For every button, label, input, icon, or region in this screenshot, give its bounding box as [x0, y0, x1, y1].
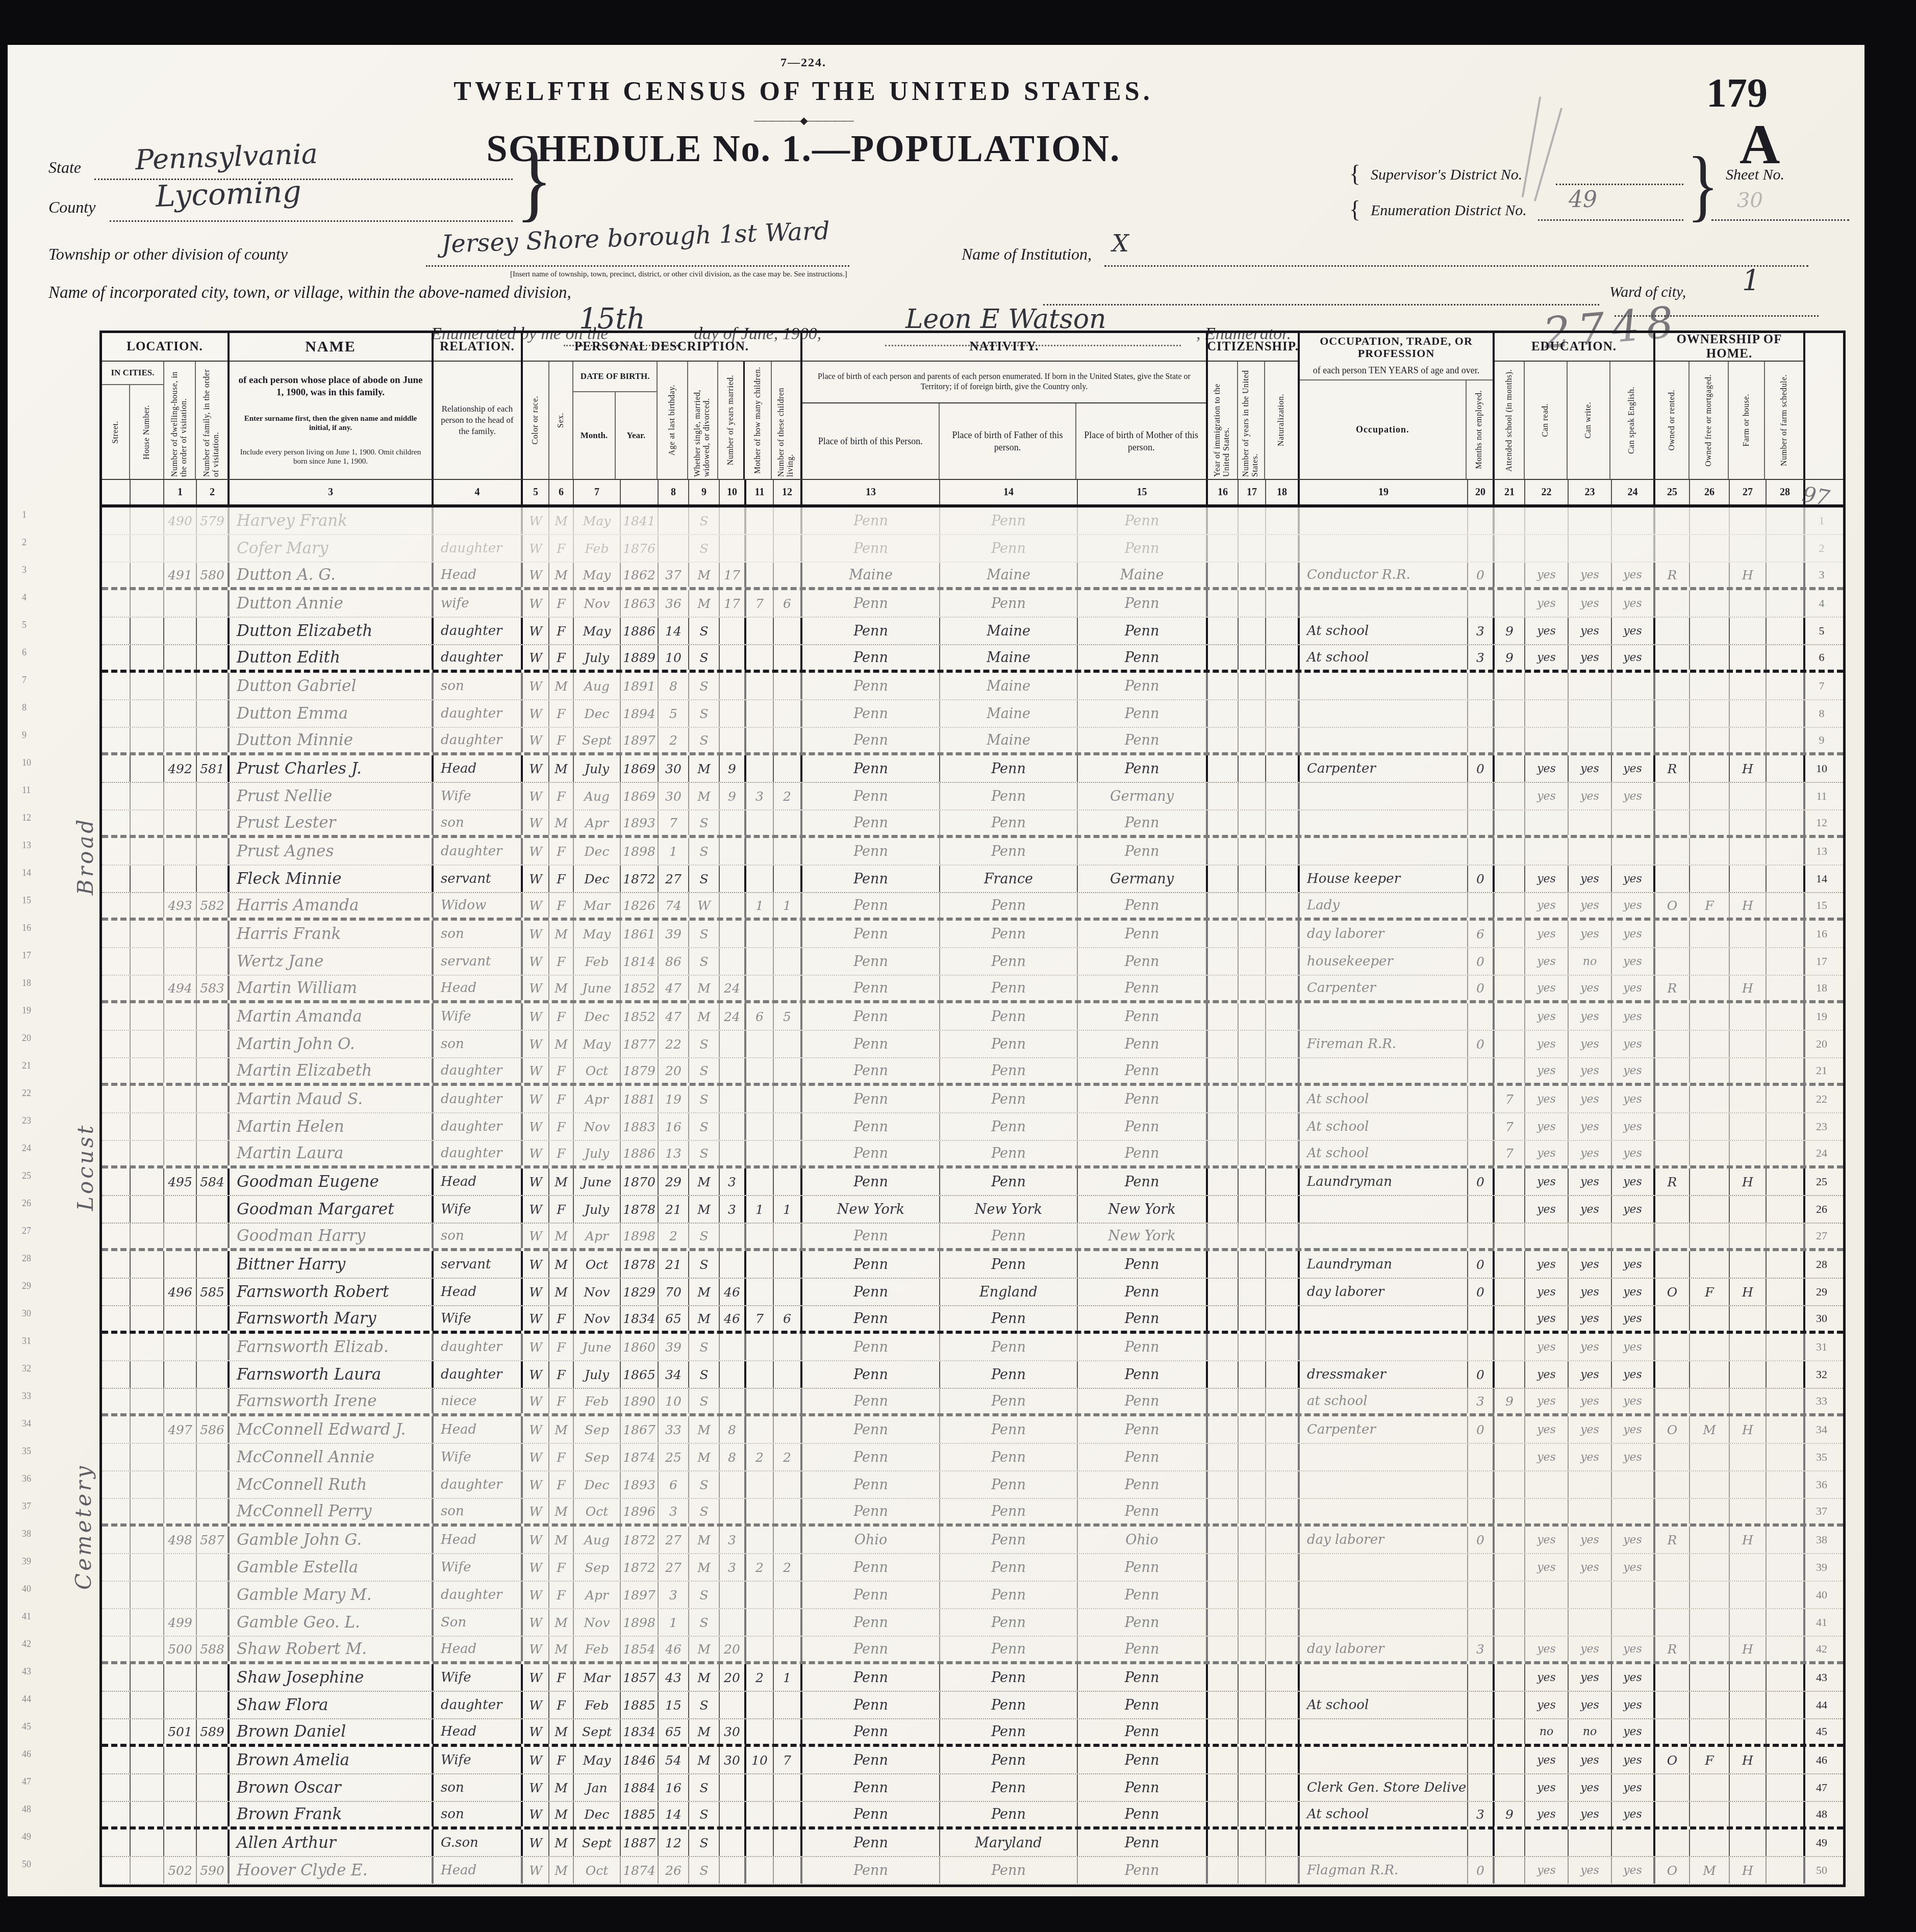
cell-bm: Oct [574, 1857, 621, 1884]
col-header-house-number: House Number. [130, 385, 163, 479]
cell-name: Prust Agnes [230, 838, 434, 865]
cell-street [102, 1774, 131, 1801]
cell-own: R [1655, 755, 1690, 782]
cell-name: Cofer Mary [230, 535, 434, 562]
cell-fam: 586 [197, 1416, 230, 1443]
table-row: Prust LestersonWMApr18937SPennPennPenn12 [102, 810, 1843, 838]
left-line-number: 36 [17, 1465, 73, 1492]
cell-ym [720, 507, 746, 534]
cell-house [131, 1554, 164, 1581]
cell-house [131, 1637, 164, 1661]
cell-ym [720, 1692, 746, 1718]
cell-occ: Lady [1300, 893, 1468, 918]
cell-mort [1690, 1582, 1730, 1608]
cell-wr [1569, 1582, 1612, 1608]
column-number-bm: 7 [574, 480, 621, 504]
cell-yu [1239, 1361, 1266, 1388]
cell-sm: 7 [1495, 1113, 1525, 1140]
cell-bm: May [574, 921, 621, 947]
cell-sm [1495, 1168, 1525, 1195]
cell-house [131, 1692, 164, 1718]
date-of-birth-label: DATE OF BIRTH. [573, 362, 657, 392]
cell-nz [1266, 1527, 1300, 1553]
cell-s: M [549, 1527, 574, 1553]
cell-yu [1239, 1692, 1266, 1718]
cell-sm [1495, 590, 1525, 617]
cell-age: 15 [659, 1692, 689, 1718]
cell-ym [720, 948, 746, 975]
cell-mc: 2 [746, 1444, 774, 1470]
cell-rn: 46 [1805, 1747, 1838, 1773]
cell-nz [1266, 1224, 1300, 1248]
cell-fam: 587 [197, 1527, 230, 1553]
cell-s: F [549, 1747, 574, 1773]
months-not-employed-col-label: Months not employed. [1475, 390, 1484, 469]
cell-iy [1208, 783, 1239, 809]
cell-c: W [523, 1416, 549, 1443]
cell-sp: yes [1612, 590, 1655, 617]
cell-c: W [523, 1444, 549, 1470]
cell-iy [1208, 590, 1239, 617]
cell-occ [1300, 1058, 1468, 1083]
cell-mn [1468, 1141, 1495, 1165]
cell-name: Dutton Emma [230, 700, 434, 727]
cell-c: W [523, 1361, 549, 1388]
cell-mn: 3 [1468, 1389, 1495, 1413]
cell-rd: yes [1525, 1692, 1569, 1718]
cell-fh: H [1730, 563, 1767, 587]
cell-m: M [689, 1003, 720, 1030]
cell-sp: yes [1612, 1554, 1655, 1581]
cell-mort: F [1690, 1279, 1730, 1305]
cell-ym: 3 [720, 1527, 746, 1553]
cell-wr: yes [1569, 1857, 1612, 1884]
cell-rn: 30 [1805, 1306, 1838, 1331]
col-header-birth-year: Year. [616, 392, 657, 479]
cell-mn [1468, 1471, 1495, 1498]
cell-mc: 3 [746, 783, 774, 809]
cell-c: W [523, 838, 549, 865]
cell-c: W [523, 618, 549, 644]
cell-ym: 17 [720, 563, 746, 587]
left-line-number: 50 [17, 1850, 73, 1878]
cell-wr [1569, 1471, 1612, 1498]
cell-c: W [523, 1664, 549, 1691]
cell-cl [774, 1499, 802, 1523]
cell-p1: Penn [802, 783, 940, 809]
cell-mc [746, 1527, 774, 1553]
cell-fs [1767, 1334, 1805, 1360]
cell-mort: M [1690, 1857, 1730, 1884]
cell-own: R [1655, 976, 1690, 1000]
cell-age [659, 535, 689, 562]
cell-mn [1468, 535, 1495, 562]
cell-rel: Head [434, 1857, 523, 1884]
cell-fs [1767, 1003, 1805, 1030]
cell-ym: 3 [720, 1168, 746, 1195]
cell-fam [197, 1389, 230, 1413]
cell-bm: Sept [574, 1719, 621, 1744]
table-body: 490579Harvey FrankWMMay1841SPennPennPenn… [102, 507, 1843, 1885]
cell-age: 26 [659, 1857, 689, 1884]
date-of-birth-subgroup: DATE OF BIRTH. Month. Year. [573, 362, 658, 479]
cell-mn [1468, 1444, 1495, 1470]
cell-fh: H [1730, 1279, 1767, 1305]
cell-fh [1730, 1802, 1767, 1826]
cell-m: S [689, 1802, 720, 1826]
cell-m: S [689, 1692, 720, 1718]
cell-c: W [523, 1802, 549, 1826]
cell-mc [746, 1251, 774, 1278]
cell-nz [1266, 1692, 1300, 1718]
cell-m: M [689, 1664, 720, 1691]
cell-mc [746, 1168, 774, 1195]
cell-sp: yes [1612, 976, 1655, 1000]
cell-street [102, 1224, 131, 1248]
cell-c: W [523, 1031, 549, 1057]
cell-dw [164, 645, 197, 670]
cell-mort [1690, 1664, 1730, 1691]
cell-age: 2 [659, 1224, 689, 1248]
cell-mn [1468, 1306, 1495, 1331]
cell-cl [774, 728, 802, 752]
cell-yu [1239, 1031, 1266, 1057]
cell-s: M [549, 976, 574, 1000]
cell-s: M [549, 755, 574, 782]
cell-p2: Maine [940, 673, 1078, 699]
cell-m: W [689, 893, 720, 918]
speak-english-col-label: Can speak English. [1627, 387, 1636, 454]
cell-rel: daughter [434, 1141, 523, 1165]
cell-fh [1730, 1141, 1767, 1165]
cell-mc [746, 1141, 774, 1165]
cell-rd [1525, 1609, 1569, 1636]
cell-fh [1730, 1334, 1767, 1360]
cell-name: Brown Frank [230, 1802, 434, 1826]
cell-p1: Penn [802, 1471, 940, 1498]
cell-p1: Penn [802, 1224, 940, 1248]
cell-s: F [549, 700, 574, 727]
cell-iy [1208, 1306, 1239, 1331]
cell-wr: yes [1569, 1113, 1612, 1140]
cell-p2: Penn [940, 1802, 1078, 1826]
cell-yu [1239, 1224, 1266, 1248]
cell-rel: Wife [434, 783, 523, 809]
cell-cl [774, 1224, 802, 1248]
cell-p1: New York [802, 1196, 940, 1223]
cell-occ: House keeper [1300, 866, 1468, 892]
cell-sm: 9 [1495, 645, 1525, 670]
cell-fh: H [1730, 1857, 1767, 1884]
cell-ym [720, 673, 746, 699]
left-line-number: 46 [17, 1740, 73, 1768]
cell-s: M [549, 563, 574, 587]
cell-name: Goodman Margaret [230, 1196, 434, 1223]
column-number-occ: 19 [1300, 480, 1468, 504]
column-number-p3: 15 [1078, 480, 1208, 504]
cell-cl [774, 1719, 802, 1744]
cell-m: M [689, 1168, 720, 1195]
cell-p2: Penn [940, 1499, 1078, 1523]
cell-p1: Maine [802, 563, 940, 587]
cell-bm: Nov [574, 1609, 621, 1636]
cell-mn [1468, 700, 1495, 727]
cell-by: 1884 [621, 1774, 659, 1801]
cell-p2: Penn [940, 1389, 1078, 1413]
cell-age: 14 [659, 618, 689, 644]
left-line-number: 33 [17, 1382, 73, 1410]
cell-ym [720, 1031, 746, 1057]
cell-wr: yes [1569, 1416, 1612, 1443]
left-line-numbers: 1234567891011121314151617181920212223242… [17, 501, 73, 1878]
cell-house [131, 1168, 164, 1195]
cell-fh [1730, 1499, 1767, 1523]
cell-p2: Maine [940, 645, 1078, 670]
cell-cl [774, 673, 802, 699]
cell-mort [1690, 590, 1730, 617]
cell-occ: Flagman R.R. [1300, 1857, 1468, 1884]
cell-p2: Penn [940, 1416, 1078, 1443]
cell-dw [164, 1141, 197, 1165]
cell-ym: 24 [720, 976, 746, 1000]
cell-c: W [523, 866, 549, 892]
cell-sp: yes [1612, 1747, 1655, 1773]
cell-by: 1878 [621, 1196, 659, 1223]
cell-iy [1208, 673, 1239, 699]
cell-rd: yes [1525, 1802, 1569, 1826]
cell-mc [746, 645, 774, 670]
cell-dw [164, 948, 197, 975]
cell-iy [1208, 866, 1239, 892]
cell-fh: H [1730, 1168, 1767, 1195]
cell-by: 1874 [621, 1857, 659, 1884]
cell-sm [1495, 976, 1525, 1000]
cell-yu [1239, 921, 1266, 947]
cell-p3: Penn [1078, 1416, 1208, 1443]
cell-bm: Sep [574, 1416, 621, 1443]
cell-c: W [523, 1113, 549, 1140]
cell-own [1655, 1334, 1690, 1360]
cell-street [102, 1637, 131, 1661]
cell-street [102, 893, 131, 918]
table-row: 499Gamble Geo. L.SonWMNov18981SPennPennP… [102, 1609, 1843, 1637]
cell-s: F [549, 590, 574, 617]
cell-rel: Wife [434, 1664, 523, 1691]
cell-street [102, 1279, 131, 1305]
cell-fam [197, 948, 230, 975]
cell-fs [1767, 1774, 1805, 1801]
cell-m: S [689, 1086, 720, 1112]
cell-iy [1208, 1279, 1239, 1305]
cell-sp [1612, 700, 1655, 727]
cell-sm [1495, 1747, 1525, 1773]
cell-fam [197, 1609, 230, 1636]
cell-mc: 2 [746, 1554, 774, 1581]
cell-iy [1208, 1582, 1239, 1608]
cell-house [131, 1113, 164, 1140]
cell-rd: yes [1525, 1003, 1569, 1030]
cell-by: 1870 [621, 1168, 659, 1195]
cell-mc [746, 507, 774, 534]
cell-fs [1767, 755, 1805, 782]
cell-age [659, 507, 689, 534]
table-row: 497586McConnell Edward J.HeadWMSep186733… [102, 1416, 1843, 1444]
cell-street [102, 1086, 131, 1112]
cell-sp: yes [1612, 1527, 1655, 1553]
cell-p2: Penn [940, 590, 1078, 617]
cell-occ [1300, 507, 1468, 534]
table-row: McConnell AnnieWifeWFSep187425M822PennPe… [102, 1444, 1843, 1471]
col-header-sex: Sex. [549, 362, 574, 479]
cell-fam [197, 535, 230, 562]
cell-occ: Carpenter [1300, 976, 1468, 1000]
cell-mort [1690, 1774, 1730, 1801]
cell-sp [1612, 1499, 1655, 1523]
cell-rel: son [434, 810, 523, 835]
cell-rn: 14 [1805, 866, 1838, 892]
cell-dw [164, 1196, 197, 1223]
cell-fam: 588 [197, 1637, 230, 1661]
institution-fill-line [1104, 265, 1808, 267]
cell-mn: 0 [1468, 563, 1495, 587]
form-number: 7—224. [742, 56, 865, 70]
cell-name: Brown Daniel [230, 1719, 434, 1744]
cell-iy [1208, 1389, 1239, 1413]
cell-wr: yes [1569, 1334, 1612, 1360]
cell-cl [774, 1857, 802, 1884]
cell-p3: Penn [1078, 1444, 1208, 1470]
cell-street [102, 507, 131, 534]
cell-own [1655, 1251, 1690, 1278]
cell-by: 1881 [621, 1086, 659, 1112]
cell-p3: Penn [1078, 755, 1208, 782]
cell-house [131, 1774, 164, 1801]
cell-house [131, 948, 164, 975]
cell-name: Martin Maud S. [230, 1086, 434, 1112]
cell-rel: daughter [434, 1113, 523, 1140]
table-row: Gamble Mary M.daughterWFApr18973SPennPen… [102, 1582, 1843, 1609]
cell-rd: yes [1525, 1058, 1569, 1083]
cell-cl [774, 1637, 802, 1661]
cell-fs [1767, 1279, 1805, 1305]
cell-mn: 3 [1468, 618, 1495, 644]
cell-name: Shaw Flora [230, 1692, 434, 1718]
cell-cl: 1 [774, 1196, 802, 1223]
cell-age: 70 [659, 1279, 689, 1305]
column-number-mn: 20 [1468, 480, 1495, 504]
cell-sp: yes [1612, 1334, 1655, 1360]
cell-p2: Penn [940, 1168, 1078, 1195]
cell-by: 1860 [621, 1334, 659, 1360]
cell-house [131, 1086, 164, 1112]
cell-age: 39 [659, 1334, 689, 1360]
cell-wr: yes [1569, 1141, 1612, 1165]
cell-bm: June [574, 1334, 621, 1360]
cell-house [131, 1334, 164, 1360]
cell-fh [1730, 535, 1767, 562]
cell-iy [1208, 976, 1239, 1000]
col-header-immigration-year: Year of immigration to the United States… [1208, 362, 1238, 479]
cell-m: M [689, 1444, 720, 1470]
cell-nz [1266, 948, 1300, 975]
cell-own [1655, 1031, 1690, 1057]
cell-occ [1300, 1334, 1468, 1360]
cell-s: F [549, 1113, 574, 1140]
cell-age: 30 [659, 783, 689, 809]
cell-street [102, 948, 131, 975]
cell-wr: yes [1569, 1389, 1612, 1413]
family-col-label: Number of family, in the order of visita… [203, 364, 221, 477]
years-in-us-col-label: Number of years in the United States. [1242, 364, 1260, 477]
cell-mc: 10 [746, 1747, 774, 1773]
cell-p2: Penn [940, 1031, 1078, 1057]
cell-bm: Feb [574, 1692, 621, 1718]
institution-label: Name of Institution, [962, 245, 1092, 264]
cell-age: 47 [659, 976, 689, 1000]
cell-nz [1266, 1334, 1300, 1360]
cell-c: W [523, 1058, 549, 1083]
cell-street [102, 1361, 131, 1388]
cell-iy [1208, 1416, 1239, 1443]
cell-name: Farnsworth Robert [230, 1279, 434, 1305]
cell-yu [1239, 1747, 1266, 1773]
pencil-stroke-mark [1534, 108, 1562, 201]
cell-fh [1730, 1829, 1767, 1856]
cell-own [1655, 1582, 1690, 1608]
cell-sm [1495, 783, 1525, 809]
cell-m: S [689, 728, 720, 752]
cell-rd [1525, 673, 1569, 699]
group-relation: RELATION. Relationship of each person to… [434, 333, 523, 479]
cell-rel: Head [434, 1637, 523, 1661]
cell-s: M [549, 1031, 574, 1057]
cell-house [131, 535, 164, 562]
col-header-farm-schedule: Number of farm schedule. [1765, 362, 1803, 479]
cell-street [102, 1664, 131, 1691]
cell-yu [1239, 673, 1266, 699]
cell-fh [1730, 507, 1767, 534]
cell-house [131, 1747, 164, 1773]
cell-fh [1730, 783, 1767, 809]
cell-fs [1767, 810, 1805, 835]
cell-rd: yes [1525, 1086, 1569, 1112]
left-line-number: 49 [17, 1823, 73, 1850]
cell-own [1655, 1058, 1690, 1083]
left-line-number: 39 [17, 1547, 73, 1575]
cell-mc [746, 1389, 774, 1413]
cell-s: F [549, 1664, 574, 1691]
group-personal-description: PERSONAL DESCRIPTION. Color or race. Sex… [523, 333, 802, 479]
cell-fam [197, 1113, 230, 1140]
cell-rel: wife [434, 590, 523, 617]
cell-by: 1898 [621, 838, 659, 865]
cell-by: 1894 [621, 700, 659, 727]
cell-iy [1208, 563, 1239, 587]
cell-c: W [523, 1582, 549, 1608]
cell-rel: Head [434, 563, 523, 587]
cell-m: S [689, 948, 720, 975]
cell-rd: yes [1525, 1637, 1569, 1661]
cell-sp: yes [1612, 866, 1655, 892]
cell-s: M [549, 1416, 574, 1443]
cell-iy [1208, 1031, 1239, 1057]
cell-p1: Penn [802, 1113, 940, 1140]
cell-p2: Penn [940, 838, 1078, 865]
cell-name: Harvey Frank [230, 507, 434, 534]
cell-mort [1690, 1031, 1730, 1057]
cell-rn: 33 [1805, 1389, 1838, 1413]
cell-c: W [523, 1692, 549, 1718]
